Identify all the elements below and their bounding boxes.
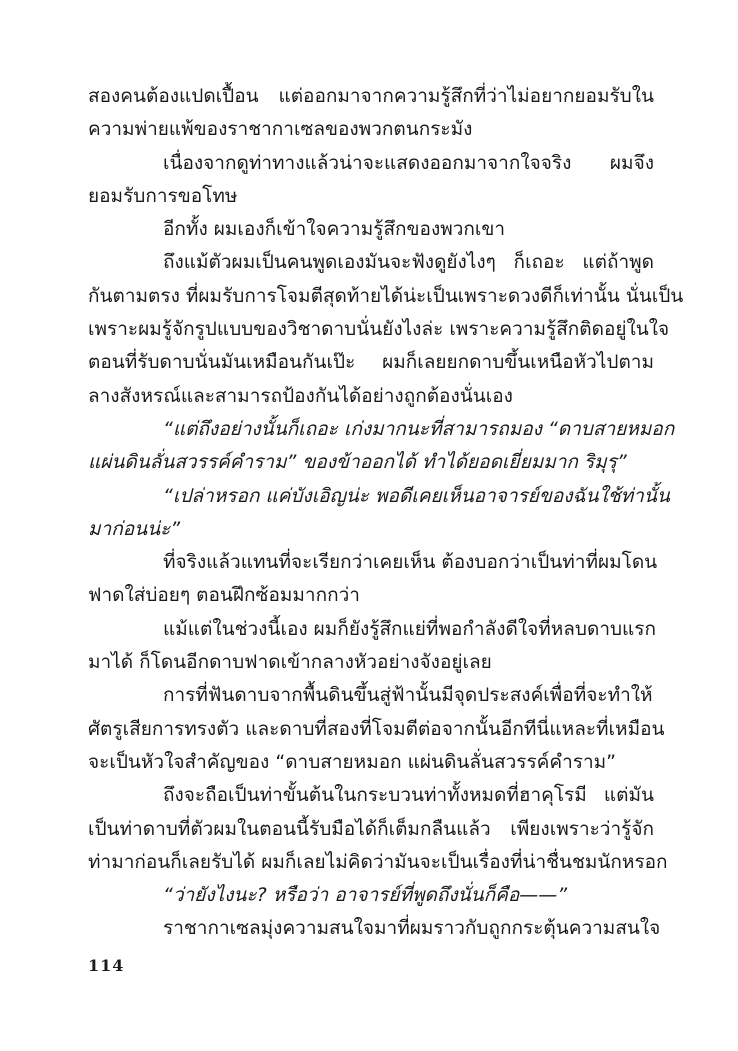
text-line: ที่จริงแล้วแทนที่จะเรียกว่าเคยเห็น ต้องบ… <box>88 546 654 579</box>
text-line: เป็นท่าดาบที่ตัวผมในตอนนี้รับมือได้ก็เต็… <box>88 813 654 846</box>
text-line: ศัตรูเสียการทรงตัว และดาบที่สองที่โจมตีต… <box>88 713 654 746</box>
text-line: การที่ฟันดาบจากพื้นดินขึ้นสู่ฟ้านั้นมีจุ… <box>88 679 654 712</box>
text-line: ลางสังหรณ์และสามารถป้องกันได้อย่างถูกต้อ… <box>88 380 654 413</box>
text-line: ถึงแม้ตัวผมเป็นคนพูดเองมันจะฟังดูยังไงๆ … <box>88 246 654 279</box>
dialogue-line: “ว่ายังไงนะ? หรือว่า อาจารย์ที่พูดถึงนั่… <box>88 879 654 912</box>
text-line: ยอมรับการขอโทษ <box>88 180 654 213</box>
body-text: สองคนต้องแปดเปื้อน แต่ออกมาจากความรู้สึก… <box>88 80 654 946</box>
text-line: เพราะผมรู้จักรูปแบบของวิชาดาบนั่นยังไงล่… <box>88 313 654 346</box>
text-line: มาได้ ก็โดนอีกดาบฟาดเข้ากลางหัวอย่างจังอ… <box>88 646 654 679</box>
book-page: สองคนต้องแปดเปื้อน แต่ออกมาจากความรู้สึก… <box>0 0 738 1051</box>
text-line: ความพ่ายแพ้ของราชากาเซลของพวกตนกระมัง <box>88 113 654 146</box>
text-line: ถึงจะถือเป็นท่าขั้นต้นในกระบวนท่าทั้งหมด… <box>88 779 654 812</box>
text-line: จะเป็นหัวใจสำคัญของ “ดาบสายหมอก แผ่นดินล… <box>88 746 654 779</box>
dialogue-line: แผ่นดินลั่นสวรรค์คำราม” ของข้าออกได้ ทำไ… <box>88 446 654 479</box>
text-line: ฟาดใส่บ่อยๆ ตอนฝึกซ้อมมากกว่า <box>88 579 654 612</box>
dialogue-line: “แต่ถึงอย่างนั้นก็เถอะ เก่งมากนะที่สามาร… <box>88 413 654 446</box>
text-line: อีกทั้ง ผมเองก็เข้าใจความรู้สึกของพวกเขา <box>88 213 654 246</box>
text-line: เนื่องจากดูท่าทางแล้วน่าจะแสดงออกมาจากใจ… <box>88 147 654 180</box>
dialogue-line: “เปล่าหรอก แค่บังเอิญน่ะ พอดีเคยเห็นอาจา… <box>88 480 654 513</box>
page-number: 114 <box>88 956 124 975</box>
text-line: ราชากาเซลมุ่งความสนใจมาที่ผมราวกับถูกกระ… <box>88 912 654 945</box>
text-line: แม้แต่ในช่วงนี้เอง ผมก็ยังรู้สึกแย่ที่พอ… <box>88 613 654 646</box>
text-line: ท่ามาก่อนก็เลยรับได้ ผมก็เลยไม่คิดว่ามัน… <box>88 846 654 879</box>
dialogue-line: มาก่อนน่ะ” <box>88 513 654 546</box>
text-line: ตอนที่รับดาบนั่นมันเหมือนกันเป๊ะ ผมก็เลย… <box>88 346 654 379</box>
text-line: สองคนต้องแปดเปื้อน แต่ออกมาจากความรู้สึก… <box>88 80 654 113</box>
text-line: กันตามตรง ที่ผมรับการโจมตีสุดท้ายได้น่ะเ… <box>88 280 654 313</box>
